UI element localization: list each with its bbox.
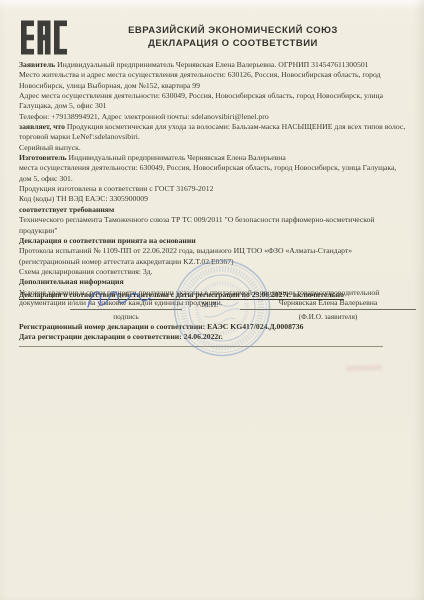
document-paragraph: Адрес места осуществления деятельности: … [19, 91, 408, 112]
document-paragraph: Серийный выпуск. [19, 143, 408, 153]
paragraph-lead: заявляет, что [19, 122, 65, 131]
paragraph-lead: Изготовитель [19, 153, 67, 162]
title-declaration-line: ДЕКЛАРАЦИЯ О СООТВЕТСТВИИ [90, 38, 376, 51]
round-stamp [167, 253, 277, 363]
signature-stroke-icon [84, 286, 156, 312]
paragraph-lead: Дополнительная информация [19, 277, 124, 286]
paragraph-lead: Заявитель [19, 60, 55, 69]
document-paragraph: Заявитель Индивидуальный предприниматель… [19, 60, 408, 70]
document-paragraph: Технического регламента Таможенного союз… [19, 215, 408, 236]
stamp-seal-icon [167, 253, 277, 363]
eac-mark-icon [21, 20, 67, 55]
document-paragraph: места осуществления деятельности: 630049… [19, 163, 408, 184]
title-union-line: ЕВРАЗИЙСКИЙ ЭКОНОМИЧЕСКИЙ СОЮЗ [90, 25, 376, 38]
handwritten-signature [84, 286, 156, 312]
paragraph-lead: соответствует требованиям [19, 205, 114, 214]
signature-caption: подпись [70, 312, 182, 321]
document-title: ЕВРАЗИЙСКИЙ ЭКОНОМИЧЕСКИЙ СОЮЗ ДЕКЛАРАЦИ… [90, 25, 376, 50]
scan-smudge [346, 365, 382, 370]
paragraph-lead: Декларация о соответствии принята на осн… [19, 236, 196, 245]
document-paragraph: Продукция изготовлена в соответствии с Г… [19, 184, 408, 194]
document-paragraph: Декларация о соответствии принята на осн… [19, 236, 408, 246]
document-paragraph: соответствует требованиям [19, 205, 408, 215]
eac-logo [21, 20, 67, 55]
declaration-document-page: ЕВРАЗИЙСКИЙ ЭКОНОМИЧЕСКИЙ СОЮЗ ДЕКЛАРАЦИ… [0, 0, 424, 600]
document-paragraph: Код (коды) ТН ВЭД ЕАЭС: 3305900009 [19, 194, 408, 204]
document-paragraph: Место жительства и адрес места осуществл… [19, 70, 408, 91]
document-paragraph: Телефон: +79138994921, Адрес электронной… [19, 112, 408, 122]
document-paragraph: заявляет, что Продукция косметическая дл… [19, 122, 408, 143]
document-paragraph: Изготовитель Индивидуальный предпринимат… [19, 153, 408, 163]
